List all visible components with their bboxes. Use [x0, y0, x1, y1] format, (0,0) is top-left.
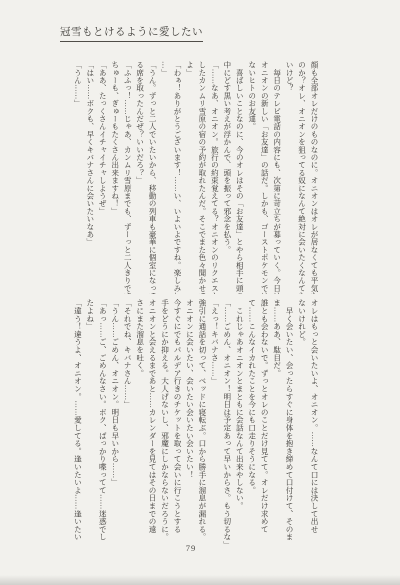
book-page: 冠雪もとけるように愛したい 顔も全部オレだけのものなのに。オニオンはオレが居なく… — [0, 0, 400, 585]
text-column: オニオンと会えるまであと……カレンダーを見てはその日までの遠 — [146, 299, 158, 546]
text-column: 「……なあ、オニオン。旅行の約束覚えてる？オニオンのリクエスト — [208, 61, 220, 294]
text-column: 「えっ！キバナさ……」 — [208, 299, 220, 546]
text-column: 「わぁ！ありがとうございます！……い、いよいよですね。楽しみ… — [171, 61, 183, 294]
text-column: 「うん……」 — [71, 61, 83, 294]
text-column: ま……ああ、駄目だ。 — [270, 299, 282, 546]
text-column: …」 — [158, 61, 170, 294]
text-column: 「はい……ボクも、早くキバナさんに会いたいなあ」 — [83, 61, 95, 294]
text-column: 顔も全部オレだけのものなのに。オニオンはオレが居なくても平気な — [308, 61, 320, 294]
text-column: 今すぐにでもパルデア行きのチケットを取って会いに行こうとする — [171, 299, 183, 546]
text-column: たよね」 — [83, 299, 95, 546]
text-column: オレはもっと会いたいよ、オニオン。……なんて口には決して出せ — [308, 299, 320, 546]
running-header-title: 冠雪もとけるように愛したい — [60, 27, 203, 42]
text-column: 「違う！違うよ、オニオン。……愛してる。逢いたいよ……逢いたい — [71, 299, 83, 546]
text-column: 「それでね、キバナさん……」 — [121, 299, 133, 546]
text-column: 毎日のテレビ電話の内容にも、次第に苛立ちが募っていく。今日は — [270, 61, 282, 294]
text-column: 「……ごめん、オニオン！明日は予定あって早いからさ。もう切るな」 — [220, 299, 232, 546]
text-column: 「うん。ずっと二人でいたいから、移動の列車も豪華に個室になって — [146, 61, 158, 294]
text-column: て……こんなイカれたことを今にも口走りそうになる。 — [245, 299, 257, 546]
text-column: 誰とも会わないで。ずっとオレのことだけ見てて。オレだけ求めて — [258, 299, 270, 546]
text-column: 手をどうにか抑える。大人げないし、邪魔にしかならないだろうに。 — [158, 299, 170, 546]
text-column: いけど？ — [283, 61, 295, 294]
text-band-lower: オレはもっと会いたいよ、オニオン。……なんて口には決して出せないけれど。 早く会… — [62, 299, 320, 546]
text-column: オニオンに会いたい、会いたい会いたい会いたい！ — [183, 299, 195, 546]
text-column: 喜ばしいことなのに、今のオレはその「お友達」とやら相手に頭の — [233, 61, 245, 294]
text-column: 「あっ……ご、ごめんなさい。ボク、ばっかり喋ってて……迷惑でし — [96, 299, 108, 546]
text-column: よ」 — [183, 61, 195, 294]
text-column: る席を取ったんだぜ？いいだろ？」 — [133, 61, 145, 294]
text-column: のか？オレ、オニオンを狙ってる奴になんて絶対に会いたくなんてな — [295, 61, 307, 294]
text-column: ちゅーも、ぎゅーもたくさん出来ますね！」 — [108, 61, 120, 294]
text-column: 強引に通話を切って、ベッドに寝転ぶ。口から勝手に溜息が漏れる。 — [195, 299, 207, 546]
text-column: したカンムリ雪原の宿の予約が取れたんだ。そこでまた色々聞かせて — [195, 61, 207, 294]
text-band-upper: 顔も全部オレだけのものなのに。オニオンはオレが居なくても平気なのか？オレ、オニオ… — [62, 61, 320, 294]
text-column: 中にどす黒い考えが浮かんで、頭を振って邪念を払う。 — [220, 61, 232, 294]
text-column: 「うん……ごめん、オニオン。明日も早いから……」 — [108, 299, 120, 546]
text-column: 「ふふっ！……じゃあ、カンムリ雪原までも、ずーっと二人きりです。 — [121, 61, 133, 294]
text-column: さにまた溜息を吐く。 — [133, 299, 145, 546]
text-column: ないヒトのお友達。 — [245, 61, 257, 294]
text-column: これじゃあオニオンとまともに会話なんて出来やしない。 — [233, 299, 245, 546]
text-column: ないけれど。 — [295, 299, 307, 546]
page-number: 79 — [62, 543, 320, 553]
text-column: 「ああ、たっくさんイチャイチャしようぜ」 — [96, 61, 108, 294]
text-column: 早く会いたい、会ったらすぐに身体を抱き締めて口付けて、そのま — [283, 299, 295, 546]
text-column: オニオンの新しい「お友達」の話だ。しかも、ゴーストポケモンでは — [258, 61, 270, 294]
